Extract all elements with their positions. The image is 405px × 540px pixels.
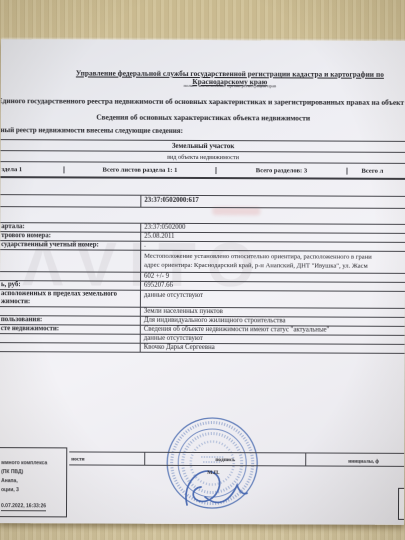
row-label (0, 338, 140, 339)
record-status-value: Сведения об объекте недвижимости имеют с… (144, 326, 405, 335)
cadastral-number-label (0, 201, 140, 202)
cadastral-number-value: 23:37:0502000:617 (144, 197, 405, 207)
cadastral-cost-value: 695207.66 (144, 282, 405, 291)
issuing-office-info-box: ммного комплекса (ПК ПВД) Анапа, оции, 3… (0, 447, 67, 517)
initials-label: инициалы, ф (348, 459, 379, 465)
cadastral-number-row: 23:37:0502000:617 (0, 195, 405, 209)
table-row-recipient: Квочко Дарья Сергеевна (0, 343, 405, 354)
row-value: данные отсутствуют (144, 335, 405, 344)
row-value: . (144, 242, 405, 251)
signature-strip: ности подпись инициалы, ф (69, 451, 404, 466)
extract-heading-line: з Единого государственного реестра недви… (0, 96, 405, 107)
details-table: артала: 23:37:0502000 трового номера: 25… (0, 222, 405, 354)
registry-entries-line: ный реестр недвижимости внесены следующи… (1, 126, 183, 135)
row-label (0, 311, 140, 312)
object-type-value: Земельный участок (172, 142, 235, 150)
position-label: ности (69, 452, 144, 464)
photo-background: ΛVITO Управление федеральной службы госу… (0, 0, 405, 540)
total-extract-sheets-cell: Всего л (346, 167, 405, 174)
row-label: трового номера: (0, 232, 140, 241)
info-box-line: (ПК ПВД) (1, 469, 23, 475)
characteristics-heading: Сведения об основных характеристиках объ… (1, 112, 405, 123)
cadastral-number-table: 23:37:0502000:617 (0, 194, 405, 209)
row-label: пользования: (0, 316, 140, 325)
row-label: сударственный учетный номер: (0, 241, 140, 250)
info-box-line: оции, 3 (1, 487, 19, 493)
sheet-section-cell: здела 1 (0, 166, 63, 173)
initials-label-cell: инициалы, ф (305, 453, 404, 465)
land-category-value: Земли населенных пунктов (144, 308, 405, 317)
signature-label: подпись (144, 453, 305, 466)
object-type-table: Земельный участок вид объекта недвижимос… (0, 139, 405, 180)
authority-title-note: полное наименование органа регистрации п… (56, 82, 404, 89)
document-content: ΛVITO Управление федеральной службы госу… (0, 39, 405, 525)
official-seal-stamp (157, 413, 267, 525)
row-value: данные отсутствуют (144, 292, 405, 302)
row-value: 25.08.2011 (144, 233, 405, 242)
table-row: асположенных в пределах земельного жимос… (0, 290, 405, 309)
total-sheets-cell: Всего листов раздела 1: 1 (63, 166, 215, 174)
row-label: артала: (0, 223, 140, 232)
row-label-line2: жимости: (1, 298, 140, 307)
row-label (0, 261, 140, 262)
row-value: 23:37:0502000 (144, 224, 405, 233)
info-box-line: Анапа, (1, 478, 18, 484)
object-type-note: вид объекта недвижимости (167, 153, 239, 160)
recipient-name-value: Квочко Дарья Сергеевна (144, 344, 405, 353)
row-label (0, 276, 140, 277)
seal-place-label: М.П. (207, 470, 219, 476)
info-box-timestamp: 0.07.2022, 16:33:26 (1, 503, 46, 511)
sheets-summary-row: здела 1 Всего листов раздела 1: 1 Всего … (0, 162, 405, 180)
permitted-use-value: Для индивидуального жилищного строительс… (144, 317, 405, 326)
table-row-location: Местоположение установлено относительно … (0, 250, 405, 274)
pink-smudge-artifact (212, 207, 260, 215)
row-label: ь, руб: (0, 281, 140, 290)
total-sections-cell: Всего разделов: 3 (215, 167, 346, 175)
document-paper: ΛVITO Управление федеральной службы госу… (0, 39, 405, 525)
row-label: сте недвижимости: (0, 325, 140, 334)
area-value: 602 +/- 9 (144, 273, 405, 282)
row-label (0, 347, 140, 348)
location-line2: адрес ориентира: Краснодарский край, р-н… (144, 261, 405, 270)
info-box-line: ммного комплекса (1, 460, 47, 466)
corner-box (398, 488, 405, 520)
